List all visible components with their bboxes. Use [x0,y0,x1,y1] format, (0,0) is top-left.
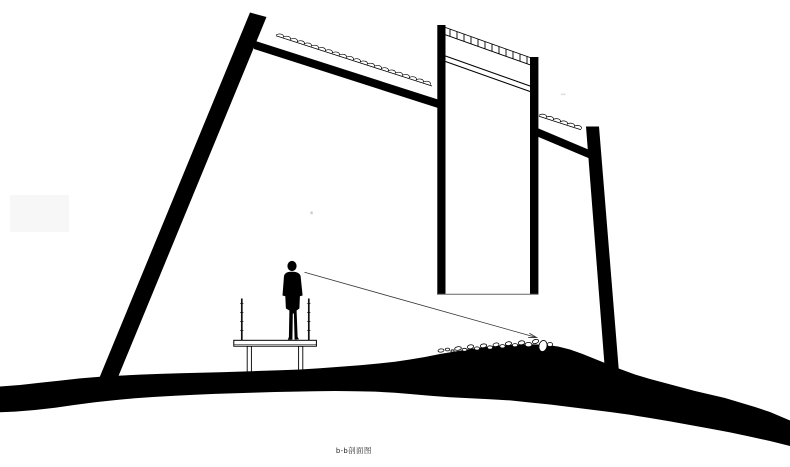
sight-line-arrow [305,272,537,337]
platform-leg-right [299,346,303,371]
right-section-wall [586,127,621,398]
person-figure [283,261,303,340]
railing-post-right [307,299,310,341]
roof-tile-scallops-right [539,114,581,130]
platform-leg-left [247,346,251,372]
shaft-left-wall [437,25,445,295]
speck-artifact [311,212,313,215]
faint-panel [10,195,69,232]
railing-post-left [240,299,243,341]
shaft-right-wall [530,57,538,295]
speck-artifact [561,94,566,96]
section-drawing-canvas: b-b剖面图 [0,0,790,467]
viewing-platform-top [234,340,317,346]
section-drawing [0,0,790,467]
right-roof-band [535,127,590,159]
left-roof-band [254,41,438,109]
drawing-caption: b-b剖面图 [336,445,372,456]
shaft-deck-hatch [446,28,531,65]
shaft-beam-lines [446,56,531,92]
